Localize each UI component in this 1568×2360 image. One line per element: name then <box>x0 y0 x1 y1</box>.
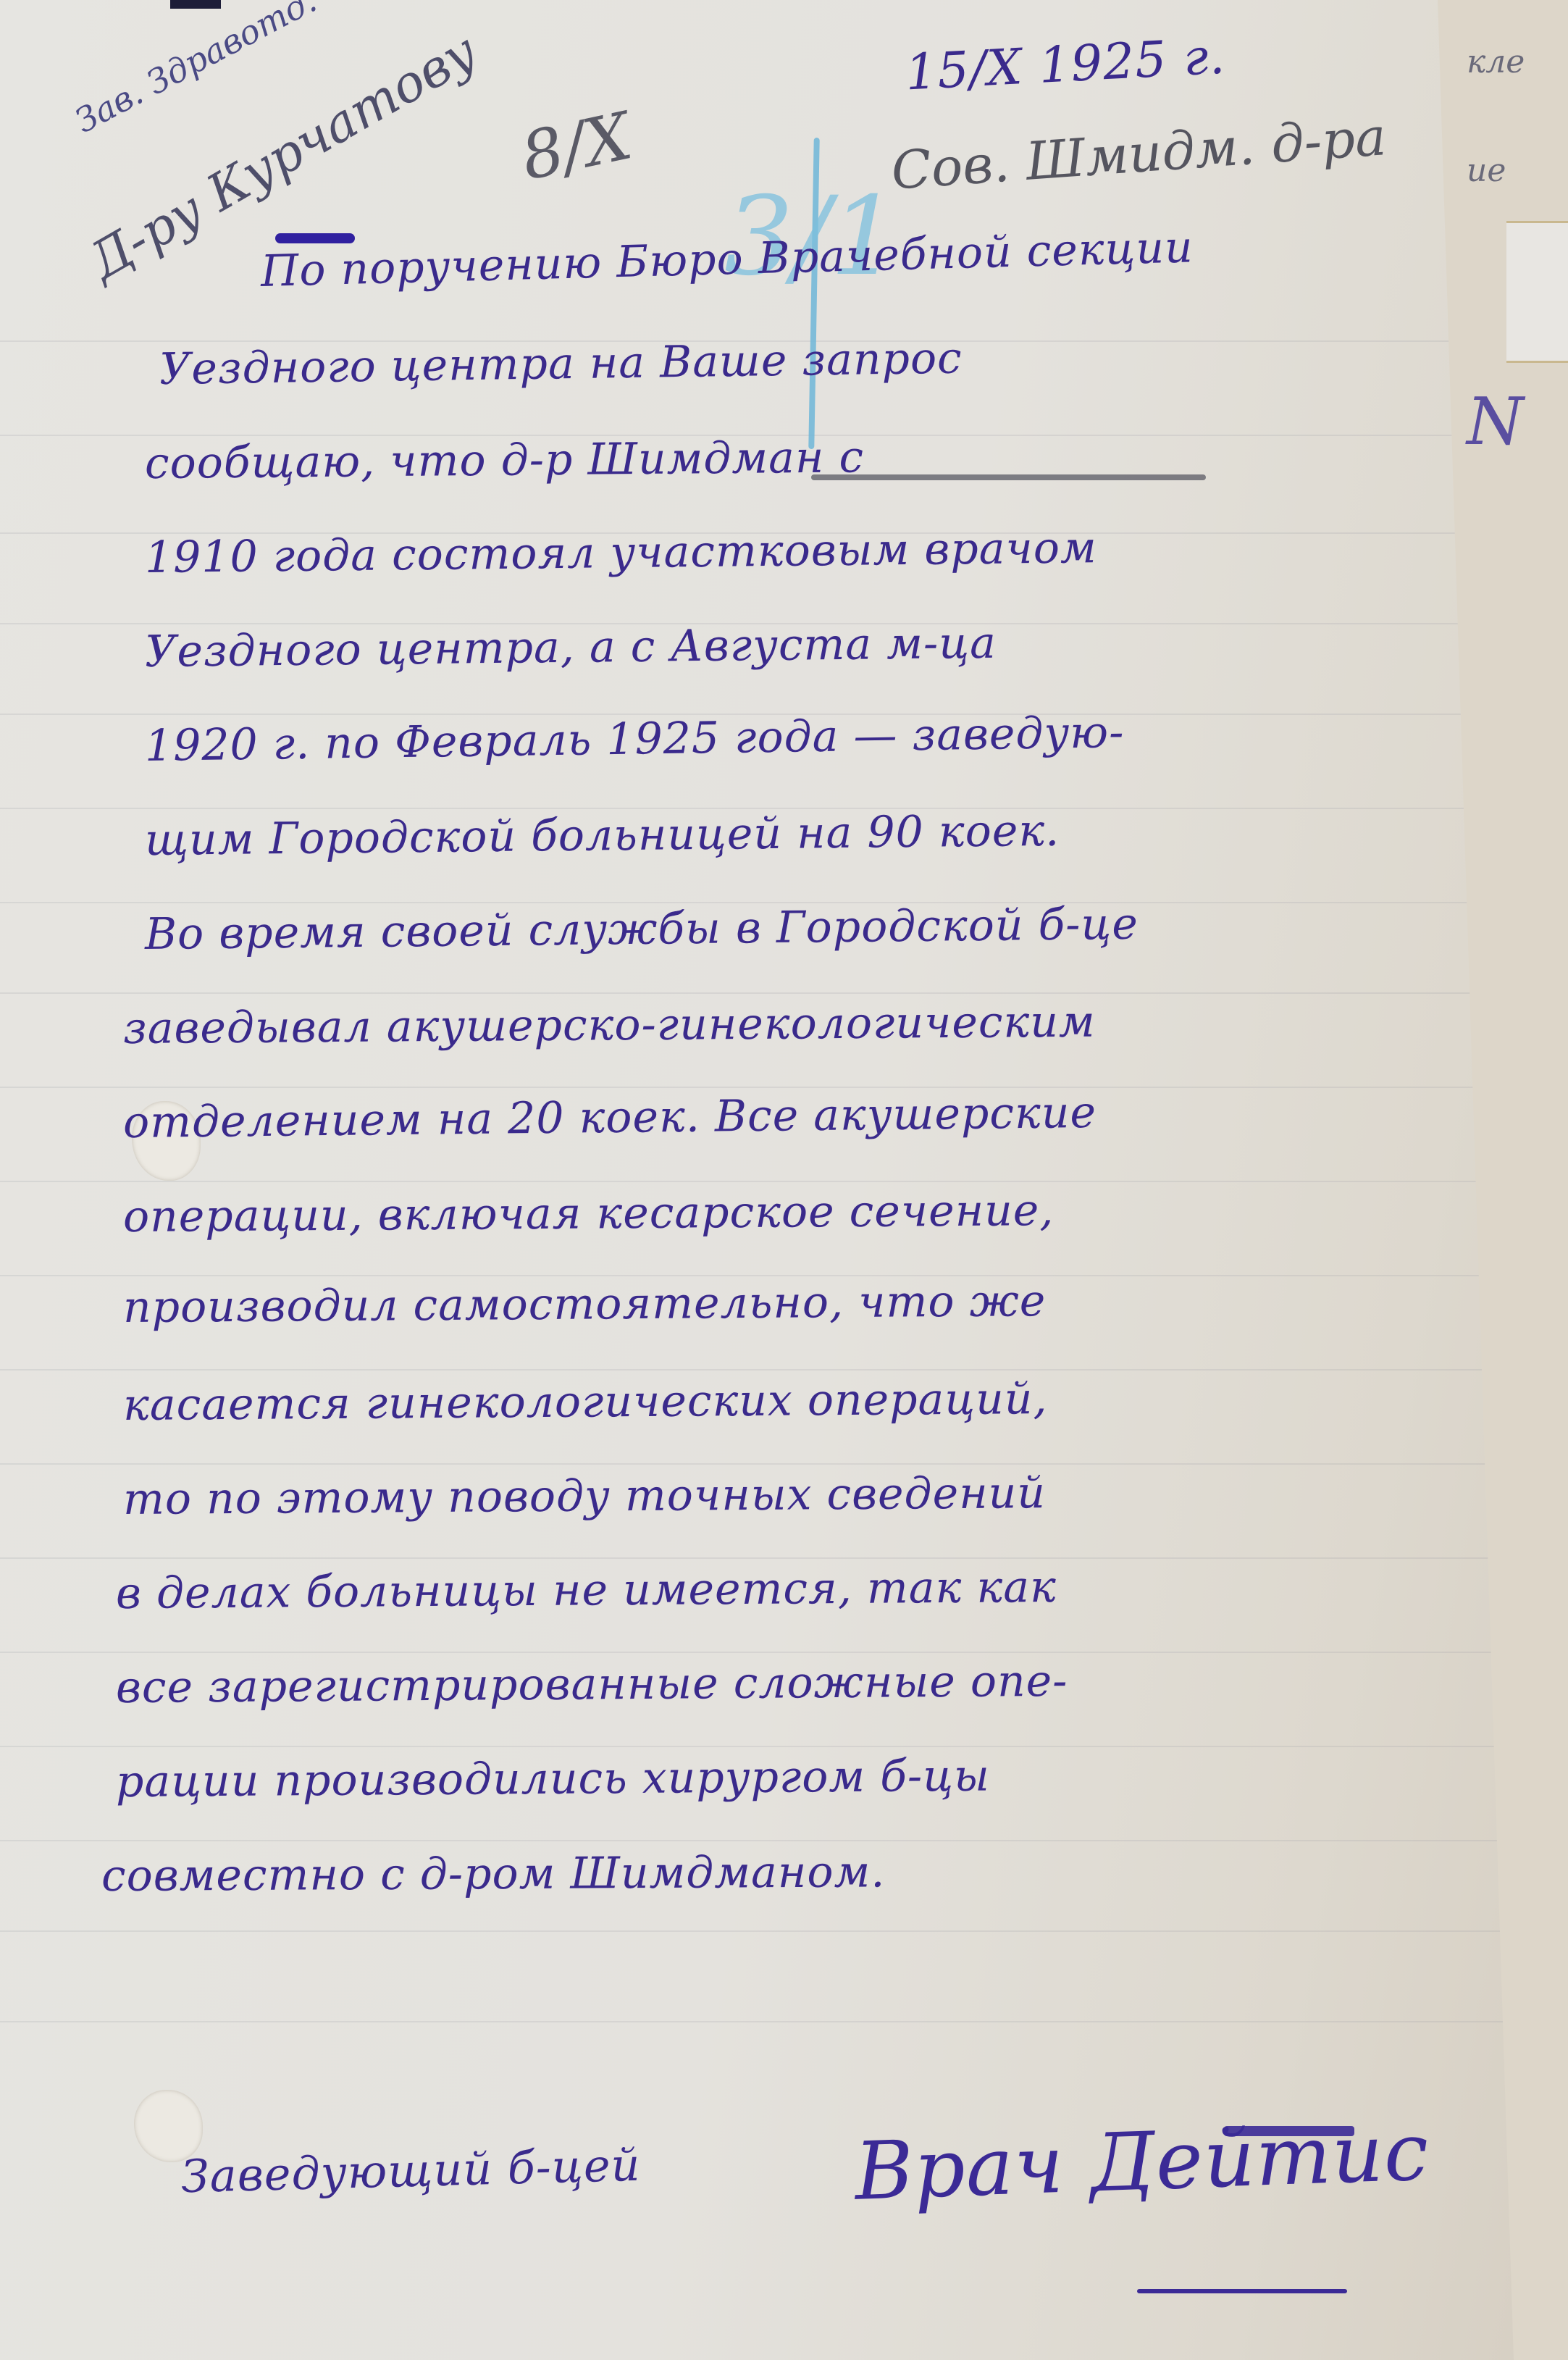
body-line: Уездного центра на Ваше запрос <box>159 333 963 395</box>
signature-overbar <box>1224 2126 1354 2136</box>
ruled-line <box>0 1930 1506 1932</box>
body-line: 1920 г. по Февраль 1925 года — заведую- <box>145 707 1125 771</box>
ruled-line <box>0 1840 1506 1841</box>
ruled-line <box>0 1181 1506 1182</box>
background-sheet-fragment: ие <box>1467 152 1506 189</box>
resolution-signature: 8/Х <box>515 98 638 195</box>
body-line: Уездного центра, а с Августа м-ца <box>145 618 997 677</box>
signature: Врач Дейтис <box>853 2105 1430 2218</box>
body-line: рации производились хирургом б-цы <box>116 1751 990 1807</box>
name-underline <box>811 474 1206 480</box>
body-line: все зарегистрированные сложные опе- <box>116 1656 1068 1713</box>
signature-underline <box>1137 2289 1347 2293</box>
body-line: совместно с д-ром Шимдманом. <box>101 1846 886 1901</box>
body-line: Во время своей службы в Городской б-це <box>145 899 1139 960</box>
body-line: 1910 года состоял участковым врачом <box>145 522 1097 583</box>
ruled-line <box>0 2021 1506 2022</box>
ruled-line <box>0 1087 1506 1088</box>
body-line: щим Городской больницей на 90 коек. <box>145 806 1060 866</box>
body-line: отделением на 20 коек. Все акушерские <box>123 1087 1097 1148</box>
body-line: заведывал акушерско-гинекологическим <box>123 997 1096 1054</box>
header-note: Сов. Шмидм. д-ра <box>889 106 1388 201</box>
ruled-line <box>0 1463 1506 1465</box>
background-sheet-fragment: N <box>1467 384 1524 460</box>
body-line: операции, включая кесарское сечение, <box>123 1185 1055 1242</box>
body-line: касается гинекологических операций, <box>123 1373 1048 1431</box>
letter-page: Зав. Здравотд. Д-ру Курчатову 8/Х 3/1 15… <box>0 0 1514 2360</box>
ruled-line <box>0 1746 1506 1747</box>
body-line-text: сообщаю, что д-р Шимдман с <box>145 432 865 489</box>
letter-date: 15/Х 1925 г. <box>904 28 1227 101</box>
ruled-line <box>0 1369 1506 1371</box>
ink-dash-mark <box>275 233 355 243</box>
body-line: в делах больницы не имеется, так как <box>116 1562 1057 1619</box>
ruled-line <box>0 1652 1506 1653</box>
ruled-line <box>0 992 1506 994</box>
background-sheet-label <box>1506 221 1568 363</box>
body-line: производил самостоятельно, что же <box>123 1276 1047 1333</box>
body-line: то по этому поводу точных сведений <box>123 1468 1046 1525</box>
body-line: сообщаю, что д-р Шимдман с <box>145 432 865 489</box>
background-sheet-fragment: кле <box>1467 43 1525 80</box>
signatory-title: Заведующий б-цей <box>180 2138 641 2204</box>
resolution-line-1: Зав. Здравотд. <box>69 0 323 141</box>
top-edge-mark <box>170 0 221 9</box>
ruled-line <box>0 1557 1506 1559</box>
ruled-line <box>0 1275 1506 1276</box>
